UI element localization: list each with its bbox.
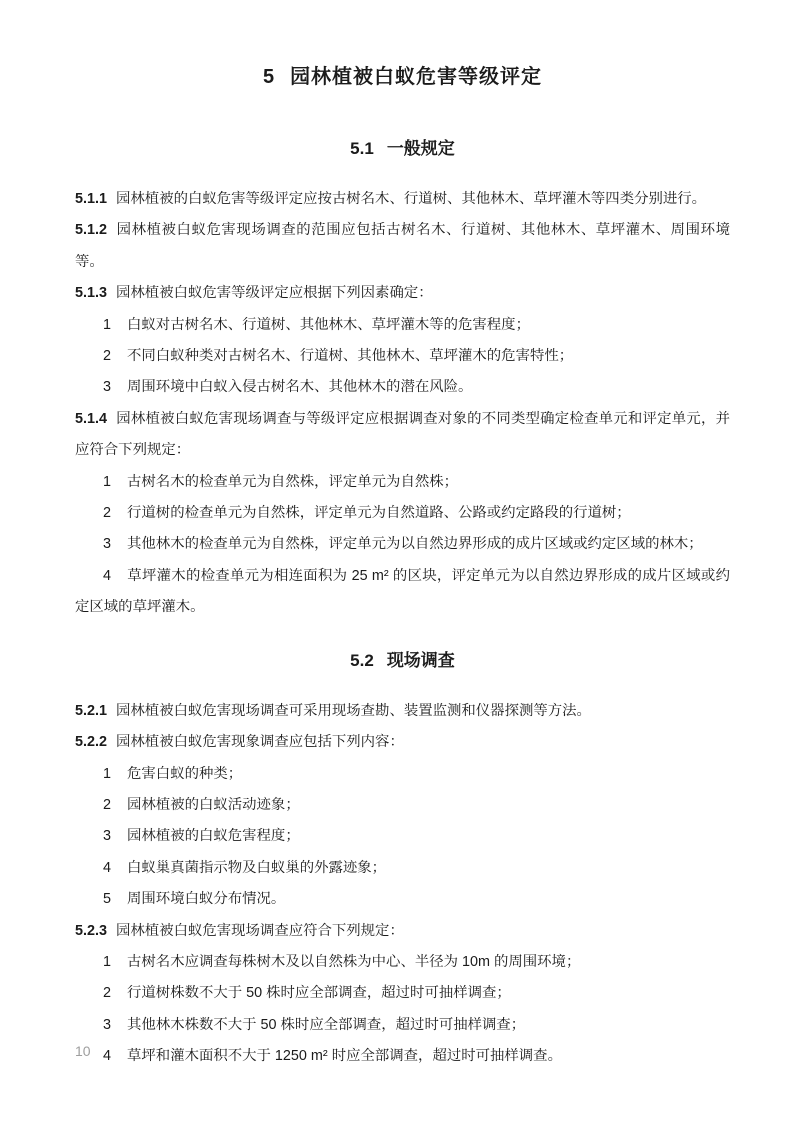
item-number: 4 [103,860,127,876]
section-heading-5-1: 5.1一般规定 [75,136,730,162]
item-text: 园林植被的白蚁危害程度； [127,828,300,844]
list-item: 4草坪和灌木面积不大于 1250 m² 时应全部调查，超过时可抽样调查。 [75,1041,730,1072]
item-number: 1 [103,954,127,970]
clause-text: 园林植被白蚁危害现象调查应包括下列内容： [116,734,404,750]
item-text: 白蚁巢真菌指示物及白蚁巢的外露迹象； [127,860,386,876]
item-number: 2 [103,985,127,1001]
doc-title-label: 园林植被白蚁危害等级评定 [290,66,542,88]
item-text: 其他林木的检查单元为自然株，评定单元为以自然边界形成的成片区域或约定区域的林木； [127,536,703,552]
section-heading-label: 一般规定 [387,139,455,158]
clause-text: 园林植被白蚁危害现场调查的范围应包括古树名木、行道树、其他林木、草坪灌木、周围环… [75,222,730,269]
clause-number: 5.2.1 [75,703,116,719]
list-item: 2不同白蚁种类对古树名木、行道树、其他林木、草坪灌木的危害特性； [75,341,730,372]
clause-5-1-2: 5.1.2园林植被白蚁危害现场调查的范围应包括古树名木、行道树、其他林木、草坪灌… [75,215,730,278]
clause-number: 5.1.2 [75,222,116,238]
list-item: 1古树名木的检查单元为自然株，评定单元为自然株； [75,467,730,498]
item-number: 1 [103,766,127,782]
list-item: 2行道树株数不大于 50 株时应全部调查，超过时可抽样调查； [75,978,730,1009]
item-text: 草坪和灌木面积不大于 1250 m² 时应全部调查，超过时可抽样调查。 [127,1048,562,1064]
item-text: 草坪灌木的检查单元为相连面积为 25 m² 的区块，评定单元为以自然边界形成的成… [75,568,730,615]
page-number: 10 [75,1041,91,1061]
item-text: 周围环境中白蚁入侵古树名木、其他林木的潜在风险。 [127,379,472,395]
item-text: 行道树的检查单元为自然株，评定单元为自然道路、公路或约定路段的行道树； [127,505,631,521]
item-number: 2 [103,348,127,364]
list-item: 3周围环境中白蚁入侵古树名木、其他林木的潜在风险。 [75,372,730,403]
list-item: 2园林植被的白蚁活动迹象； [75,790,730,821]
clause-number: 5.1.4 [75,411,116,427]
item-number: 2 [103,797,127,813]
clause-text: 园林植被的白蚁危害等级评定应按古树名木、行道树、其他林木、草坪灌木等四类分别进行… [116,191,706,207]
clause-number: 5.2.2 [75,734,116,750]
doc-title: 5园林植被白蚁危害等级评定 [75,64,730,90]
list-item: 3其他林木的检查单元为自然株，评定单元为以自然边界形成的成片区域或约定区域的林木… [75,529,730,560]
item-text: 行道树株数不大于 50 株时应全部调查，超过时可抽样调查； [127,985,511,1001]
item-text: 古树名木的检查单元为自然株，评定单元为自然株； [127,474,458,490]
clause-5-1-4: 5.1.4园林植被白蚁危害现场调查与等级评定应根据调查对象的不同类型确定检查单元… [75,404,730,467]
item-text: 其他林木株数不大于 50 株时应全部调查，超过时可抽样调查； [127,1017,525,1033]
item-text: 不同白蚁种类对古树名木、行道树、其他林木、草坪灌木的危害特性； [127,348,573,364]
doc-title-number: 5 [263,66,274,88]
list-item: 1白蚁对古树名木、行道树、其他林木、草坪灌木等的危害程度； [75,310,730,341]
section-5-2-body: 5.2.1园林植被白蚁危害现场调查可采用现场查勘、装置监测和仪器探测等方法。 5… [75,696,730,1073]
section-heading-5-2: 5.2现场调查 [75,648,730,674]
list-item: 1古树名木应调查每株树木及以自然株为中心、半径为 10m 的周围环境； [75,947,730,978]
clause-text: 园林植被白蚁危害现场调查应符合下列规定： [116,923,404,939]
clause-number: 5.2.3 [75,923,116,939]
clause-text: 园林植被白蚁危害现场调查可采用现场查勘、装置监测和仪器探测等方法。 [116,703,591,719]
document-page: 5园林植被白蚁危害等级评定 5.1一般规定 5.1.1园林植被的白蚁危害等级评定… [0,0,800,1130]
section-heading-label: 现场调查 [387,651,455,670]
list-item: 4草坪灌木的检查单元为相连面积为 25 m² 的区块，评定单元为以自然边界形成的… [75,561,730,624]
list-item: 3园林植被的白蚁危害程度； [75,821,730,852]
item-number: 3 [103,379,127,395]
clause-5-1-1: 5.1.1园林植被的白蚁危害等级评定应按古树名木、行道树、其他林木、草坪灌木等四… [75,184,730,215]
item-number: 3 [103,828,127,844]
item-number: 3 [103,536,127,552]
item-number: 1 [103,474,127,490]
list-item: 5周围环境白蚁分布情况。 [75,884,730,915]
clause-5-2-1: 5.2.1园林植被白蚁危害现场调查可采用现场查勘、装置监测和仪器探测等方法。 [75,696,730,727]
item-number: 2 [103,505,127,521]
item-number: 4 [103,1048,127,1064]
clause-number: 5.1.3 [75,285,116,301]
section-heading-number: 5.2 [350,651,374,670]
item-text: 白蚁对古树名木、行道树、其他林木、草坪灌木等的危害程度； [127,317,530,333]
clause-5-2-2: 5.2.2园林植被白蚁危害现象调查应包括下列内容： [75,727,730,758]
item-number: 4 [103,568,127,584]
list-item: 2行道树的检查单元为自然株，评定单元为自然道路、公路或约定路段的行道树； [75,498,730,529]
item-text: 古树名木应调查每株树木及以自然株为中心、半径为 10m 的周围环境； [127,954,580,970]
list-item: 4白蚁巢真菌指示物及白蚁巢的外露迹象； [75,853,730,884]
list-item: 3其他林木株数不大于 50 株时应全部调查，超过时可抽样调查； [75,1010,730,1041]
list-item: 1危害白蚁的种类； [75,759,730,790]
item-number: 5 [103,891,127,907]
clause-text: 园林植被白蚁危害现场调查与等级评定应根据调查对象的不同类型确定检查单元和评定单元… [75,411,730,458]
item-number: 3 [103,1017,127,1033]
item-text: 周围环境白蚁分布情况。 [127,891,285,907]
item-number: 1 [103,317,127,333]
clause-5-1-3: 5.1.3园林植被白蚁危害等级评定应根据下列因素确定： [75,278,730,309]
section-heading-number: 5.1 [350,139,374,158]
item-text: 危害白蚁的种类； [127,766,242,782]
clause-number: 5.1.1 [75,191,116,207]
clause-5-2-3: 5.2.3园林植被白蚁危害现场调查应符合下列规定： [75,916,730,947]
section-5-1-body: 5.1.1园林植被的白蚁危害等级评定应按古树名木、行道树、其他林木、草坪灌木等四… [75,184,730,624]
item-text: 园林植被的白蚁活动迹象； [127,797,300,813]
clause-text: 园林植被白蚁危害等级评定应根据下列因素确定： [116,285,433,301]
